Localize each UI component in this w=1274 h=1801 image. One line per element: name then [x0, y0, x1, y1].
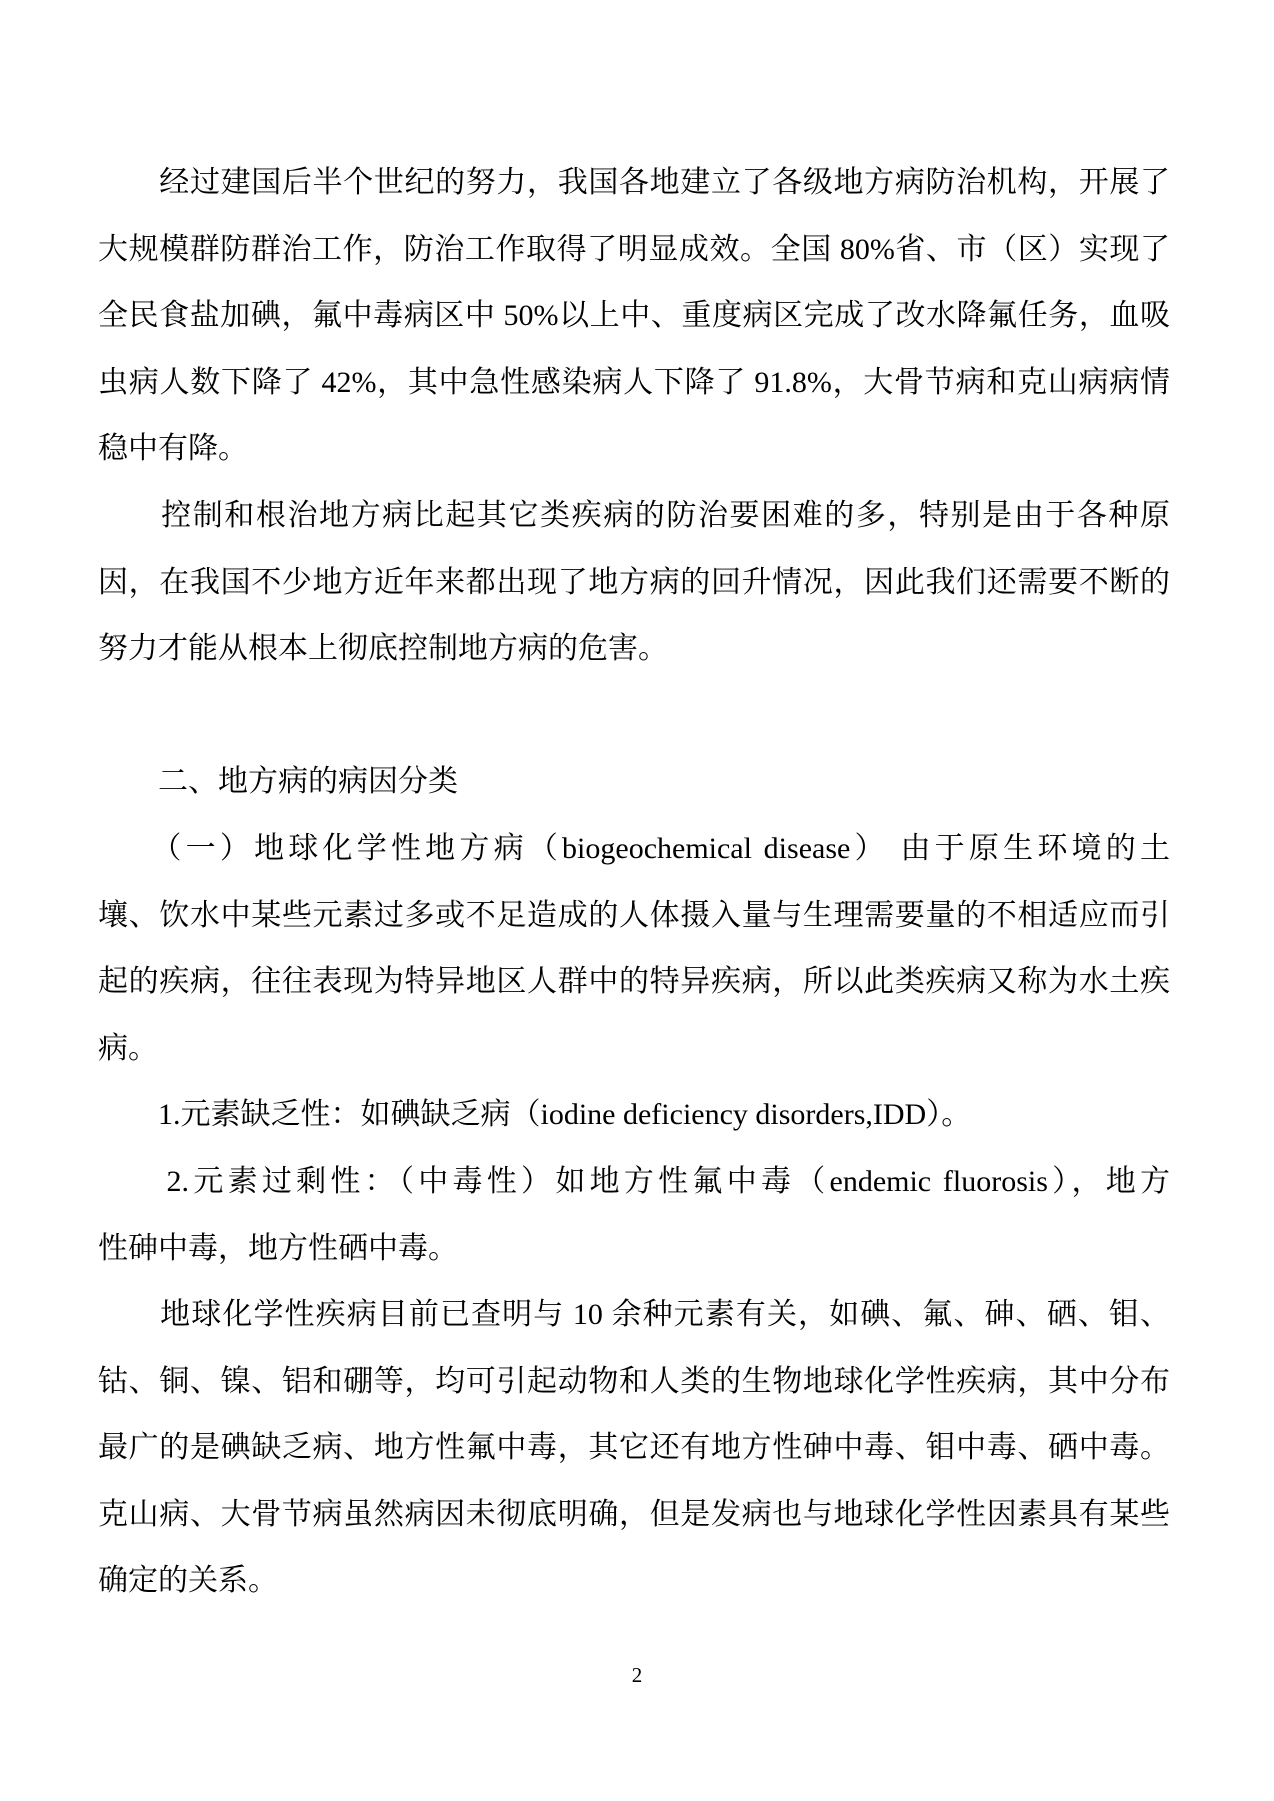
text-line: 稳中有降。: [98, 416, 1170, 483]
document-body: 经过建国后半个世纪的努力，我国各地建立了各级地方病防治机构，开展了 大规模群防群…: [98, 150, 1170, 1615]
text-line: 虫病人数下降了 42%，其中急性感染病人下降了 91.8%，大骨节病和克山病病情: [98, 350, 1170, 417]
text-line: 确定的关系。: [98, 1548, 1170, 1615]
text-line: 努力才能从根本上彻底控制地方病的危害。: [98, 616, 1170, 683]
text-line: 壤、饮水中某些元素过多或不足造成的人体摄入量与生理需要量的不相适应而引: [98, 883, 1170, 950]
text-line: 经过建国后半个世纪的努力，我国各地建立了各级地方病防治机构，开展了: [98, 150, 1170, 217]
blank-line: [98, 683, 1170, 750]
text-line: 病。: [98, 1016, 1170, 1083]
text-line: 地球化学性疾病目前已查明与 10 余种元素有关，如碘、氟、砷、硒、钼、: [98, 1282, 1170, 1349]
text-line: 1.元素缺乏性：如碘缺乏病（iodine deficiency disorder…: [98, 1082, 1170, 1149]
text-line: 控制和根治地方病比起其它类疾病的防治要困难的多，特别是由于各种原: [98, 483, 1170, 550]
text-line: 因，在我国不少地方近年来都出现了地方病的回升情况，因此我们还需要不断的: [98, 550, 1170, 617]
text-line: 性砷中毒，地方性硒中毒。: [98, 1216, 1170, 1283]
text-line: （一）地球化学性地方病（biogeochemical disease） 由于原生…: [98, 816, 1170, 883]
section-heading: 二、地方病的病因分类: [98, 749, 1170, 816]
document-page: 经过建国后半个世纪的努力，我国各地建立了各级地方病防治机构，开展了 大规模群防群…: [0, 0, 1274, 1801]
text-line: 2.元素过剩性：（中毒性）如地方性氟中毒（endemic fluorosis），…: [98, 1149, 1170, 1216]
text-line: 克山病、大骨节病虽然病因未彻底明确，但是发病也与地球化学性因素具有某些: [98, 1482, 1170, 1549]
text-line: 全民食盐加碘，氟中毒病区中 50%以上中、重度病区完成了改水降氟任务，血吸: [98, 283, 1170, 350]
text-line: 大规模群防群治工作，防治工作取得了明显成效。全国 80%省、市（区）实现了: [98, 217, 1170, 284]
text-line: 钴、铜、镍、铝和硼等，均可引起动物和人类的生物地球化学性疾病，其中分布: [98, 1349, 1170, 1416]
page-footer: 2: [0, 1662, 1274, 1688]
page-number: 2: [632, 1663, 643, 1687]
text-line: 最广的是碘缺乏病、地方性氟中毒，其它还有地方性砷中毒、钼中毒、硒中毒。: [98, 1415, 1170, 1482]
text-line: 起的疾病，往往表现为特异地区人群中的特异疾病，所以此类疾病又称为水土疾: [98, 949, 1170, 1016]
